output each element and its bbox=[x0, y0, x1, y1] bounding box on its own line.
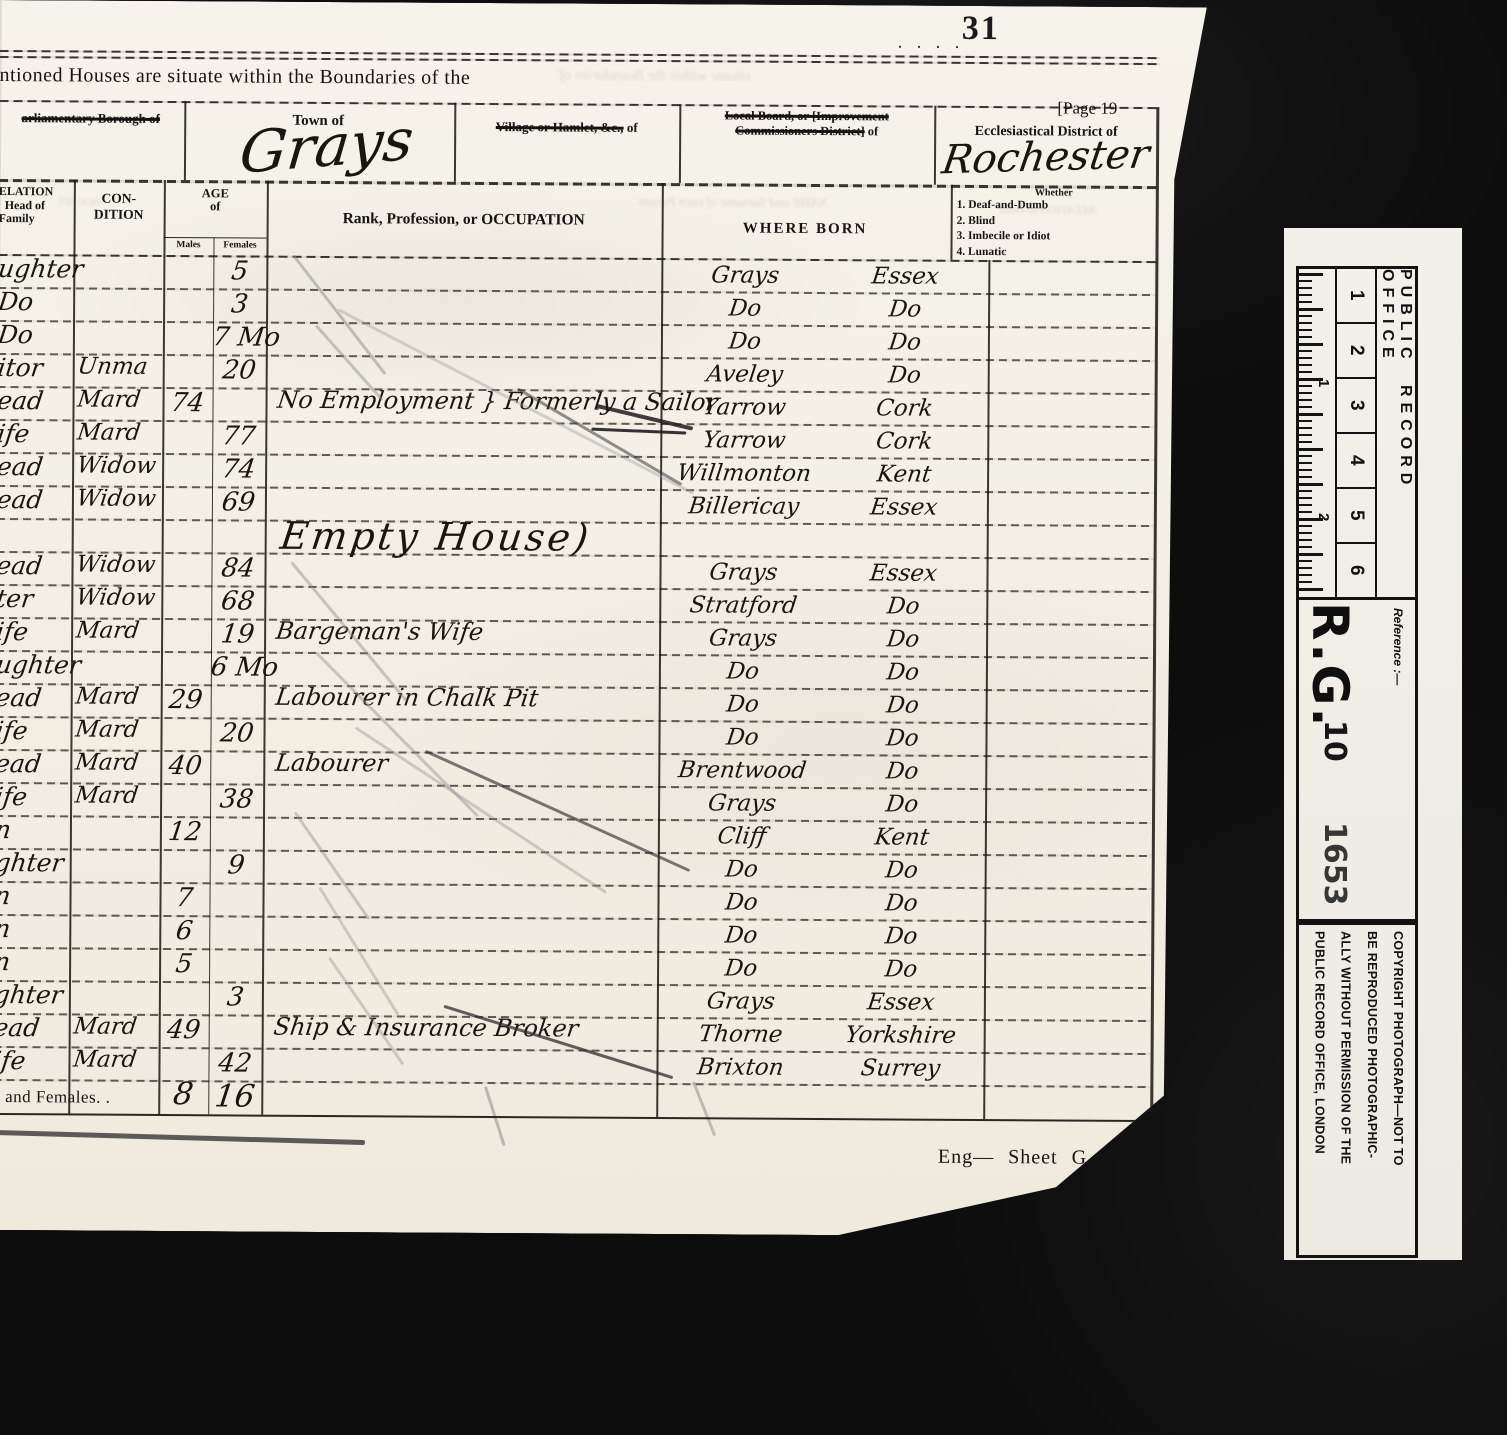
birthcounty-cell: Do bbox=[822, 329, 987, 356]
condition-cell: Mard bbox=[72, 1046, 160, 1072]
birthcounty-cell: Yorkshire bbox=[818, 1022, 983, 1049]
age-females-cell: 3 bbox=[207, 982, 264, 1012]
birthcounty-cell: Do bbox=[818, 956, 983, 983]
age-females-cell: 6 Mo bbox=[209, 652, 266, 682]
ruler-box: 1 2 1 2 3 4 5 6 PUBLIC RECORD OFFICE bbox=[1296, 266, 1418, 600]
relation-cell: Do bbox=[0, 320, 74, 349]
age-males-cell: 6 bbox=[157, 916, 211, 946]
birthplace-cell: Do bbox=[659, 889, 824, 916]
age-males-cell: 12 bbox=[158, 817, 212, 847]
reference-series-letters: R.G. bbox=[1301, 602, 1359, 728]
age-females-cell: 20 bbox=[209, 718, 266, 748]
birthcounty-cell: Do bbox=[822, 296, 987, 323]
birthcounty-cell: Do bbox=[819, 890, 984, 917]
relation-cell: ife bbox=[0, 419, 73, 448]
birthcounty-cell: Do bbox=[822, 362, 987, 389]
birthcounty-cell: Essex bbox=[821, 494, 986, 521]
occupation-cell: Bargeman's Wife bbox=[274, 617, 485, 646]
birthcounty-cell: Cork bbox=[822, 428, 987, 455]
local-board-label: Local Board, or [Improvement Commissione… bbox=[681, 108, 932, 140]
age-females-cell: 69 bbox=[210, 487, 267, 517]
scale-number: 4 bbox=[1345, 455, 1367, 466]
occupation-header: Rank, Profession, or OCCUPATION bbox=[269, 210, 659, 230]
boundary-statement: ntioned Houses are situate within the Bo… bbox=[0, 64, 470, 90]
pencil-stroke bbox=[0, 1130, 365, 1145]
condition-cell: Mard bbox=[72, 1013, 160, 1039]
age-header: AGE of bbox=[164, 187, 267, 214]
birthcounty-cell: Do bbox=[820, 659, 985, 686]
age-females-cell: 19 bbox=[209, 619, 266, 649]
birthplace-cell: Aveley bbox=[662, 361, 827, 388]
age-males-cell: 29 bbox=[159, 685, 213, 715]
birthplace-cell: Yarrow bbox=[662, 427, 827, 454]
relation-cell: ife bbox=[0, 617, 72, 646]
condition-cell: Mard bbox=[74, 749, 162, 775]
birthplace-cell: Do bbox=[662, 295, 827, 322]
scale-number: 3 bbox=[1345, 400, 1367, 411]
copyright-line: BE REPRODUCED PHOTOGRAPHIC- bbox=[1359, 931, 1385, 1249]
age-males-cell: 74 bbox=[161, 388, 215, 418]
birthplace-cell: Do bbox=[658, 955, 823, 982]
age-males-header: Males bbox=[163, 240, 213, 250]
birthplace-cell: Do bbox=[659, 922, 824, 949]
birthplace-cell: Billericay bbox=[661, 493, 826, 520]
relation-cell: ughter bbox=[0, 650, 72, 679]
birthplace-cell: Brixton bbox=[658, 1054, 823, 1081]
totals-label: s and Females. . bbox=[0, 1087, 110, 1108]
birthplace-cell: Grays bbox=[660, 625, 825, 652]
village-hamlet-label: Village or Hamlet, &c., of bbox=[456, 119, 677, 135]
where-born-header: WHERE BORN bbox=[662, 220, 949, 239]
age-females-header: Females bbox=[213, 240, 266, 250]
birthplace-cell: Willmonton bbox=[661, 460, 826, 487]
birthcounty-cell: Essex bbox=[823, 263, 988, 290]
birthcounty-cell: Essex bbox=[818, 989, 983, 1016]
birthcounty-cell: Do bbox=[819, 923, 984, 950]
scale-number: 2 bbox=[1345, 345, 1367, 356]
reference-label: Reference :— bbox=[1391, 608, 1405, 685]
birthplace-cell: Grays bbox=[659, 790, 824, 817]
bleed-through-text: HOUSES bbox=[59, 196, 101, 208]
relation-cell: n bbox=[0, 881, 70, 910]
census-page: . . . . 31 ntioned Houses are situate wi… bbox=[0, 0, 1208, 1237]
relation-cell: ead bbox=[0, 551, 72, 580]
film-reference-strip: 1 2 1 2 3 4 5 6 PUBLIC RECORD OFFICE Ref… bbox=[1284, 228, 1462, 1260]
condition-cell: Mard bbox=[73, 782, 161, 808]
age-males-cell: 7 bbox=[158, 883, 212, 913]
occupation-cell: Ship & Insurance Broker bbox=[272, 1013, 580, 1043]
scale-numbers: 1 2 3 4 5 6 bbox=[1337, 269, 1377, 597]
ruler-number: 2 bbox=[1315, 513, 1332, 521]
stamp-dots: . . . . bbox=[898, 31, 965, 52]
town-value-handwriting: Grays bbox=[237, 105, 417, 187]
age-males-cell: 40 bbox=[158, 751, 212, 781]
relation-cell: Do bbox=[0, 287, 74, 316]
relation-cell: ife bbox=[0, 782, 71, 811]
birthplace-cell: Do bbox=[660, 724, 825, 751]
age-females-cell: 9 bbox=[208, 850, 265, 880]
relation-cell: ead bbox=[0, 1013, 70, 1042]
occupation-cell: Labourer in Chalk Pit bbox=[274, 683, 540, 713]
relation-cell: n bbox=[0, 947, 70, 976]
condition-cell: Mard bbox=[76, 386, 164, 412]
birthcounty-cell: Do bbox=[821, 593, 986, 620]
reference-series-number: 10 bbox=[1317, 720, 1352, 762]
relation-cell: ife bbox=[0, 1046, 69, 1075]
occupation-cell: Labourer bbox=[274, 749, 390, 778]
birthcounty-cell: Do bbox=[819, 791, 984, 818]
age-females-cell: 74 bbox=[210, 454, 267, 484]
microfilm-frame: . . . . 31 ntioned Houses are situate wi… bbox=[0, 0, 1507, 1435]
birthplace-cell: Yarrow bbox=[662, 394, 827, 421]
page-crease bbox=[0, 0, 2, 290]
scale-number: 5 bbox=[1345, 510, 1367, 521]
relation-cell: ead bbox=[0, 683, 72, 712]
relation-cell: n bbox=[0, 815, 71, 844]
birthcounty-cell: Do bbox=[820, 692, 985, 719]
relation-cell: ead bbox=[0, 749, 71, 778]
relation-cell: ghter bbox=[0, 980, 70, 1009]
condition-cell: Widow bbox=[75, 584, 163, 610]
birthplace-cell: Brentwood bbox=[660, 757, 825, 784]
ruler-number: 1 bbox=[1315, 379, 1332, 387]
birthplace-cell: Do bbox=[660, 691, 825, 718]
birthplace-cell: Grays bbox=[663, 262, 828, 289]
scale-number: 1 bbox=[1345, 290, 1367, 301]
birthplace-cell: Cliff bbox=[659, 823, 824, 850]
condition-cell: Widow bbox=[75, 452, 163, 478]
birthcounty-cell: Cork bbox=[822, 395, 987, 422]
copyright-box: COPYRIGHT PHOTOGRAPH—NOT TO BE REPRODUCE… bbox=[1296, 922, 1418, 1258]
relation-cell: ife bbox=[0, 716, 71, 745]
age-females-cell: 42 bbox=[207, 1048, 264, 1078]
reference-piece-number: 1653 bbox=[1317, 822, 1352, 906]
relation-cell: ead bbox=[0, 386, 73, 415]
age-females-cell: 68 bbox=[209, 586, 266, 616]
age-males-cell: 5 bbox=[157, 949, 211, 979]
age-males-cell: 49 bbox=[157, 1015, 211, 1045]
bleed-through-text: NAME and Surname of each Person bbox=[639, 194, 828, 211]
reference-box: Reference :— R.G. 10 1653 bbox=[1296, 600, 1418, 922]
copyright-line: PUBLIC RECORD OFFICE, LONDON bbox=[1306, 931, 1332, 1249]
scale-number: 6 bbox=[1345, 565, 1367, 576]
age-females-cell: 3 bbox=[211, 289, 268, 319]
relation-cell: ughter bbox=[0, 254, 74, 283]
condition-cell: Widow bbox=[75, 485, 163, 511]
birthplace-cell: Grays bbox=[658, 988, 823, 1015]
bleed-through-text: RELATION to Head bbox=[999, 202, 1096, 218]
birthcounty-cell: Surrey bbox=[818, 1055, 983, 1082]
relation-cell: ter bbox=[0, 584, 72, 613]
copyright-line: ALLY WITHOUT PERMISSION OF THE bbox=[1332, 931, 1358, 1249]
age-females-cell: 20 bbox=[211, 355, 268, 385]
page-number-stamp: 31 bbox=[962, 10, 1000, 48]
birthplace-cell: Thorne bbox=[658, 1021, 823, 1048]
age-females-cell: 77 bbox=[210, 421, 267, 451]
sheet-footer: Eng— Sheet G. bbox=[938, 1146, 1093, 1170]
bleed-through-text: situate within the Boundaries of bbox=[559, 67, 751, 85]
copyright-line: COPYRIGHT PHOTOGRAPH—NOT TO bbox=[1385, 931, 1411, 1249]
condition-cell: Mard bbox=[74, 683, 162, 709]
birthplace-cell: Do bbox=[662, 328, 827, 355]
relation-cell: itor bbox=[0, 353, 74, 382]
totals-females: 16 bbox=[206, 1078, 264, 1114]
condition-cell: Mard bbox=[74, 716, 162, 742]
relation-cell: ghter bbox=[0, 848, 71, 877]
totals-males: 8 bbox=[156, 1076, 211, 1112]
birthplace-cell: Do bbox=[660, 658, 825, 685]
birthcounty-cell: Do bbox=[820, 725, 985, 752]
birthcounty-cell: Kent bbox=[821, 461, 986, 488]
birthcounty-cell: Do bbox=[819, 857, 984, 884]
condition-cell: Widow bbox=[75, 551, 163, 577]
ruler-major-ticks bbox=[1299, 273, 1323, 593]
birthplace-cell: Grays bbox=[661, 559, 826, 586]
ecclesiastical-value-handwriting: Rochester bbox=[939, 131, 1152, 183]
relation-cell: ead bbox=[0, 485, 73, 514]
parliamentary-borough-label: arliamentary Borough of bbox=[0, 110, 182, 126]
relation-cell: n bbox=[0, 914, 70, 943]
age-females-cell: 84 bbox=[210, 553, 267, 583]
condition-cell: Unma bbox=[76, 353, 164, 379]
condition-cell: Mard bbox=[74, 617, 162, 643]
birthcounty-cell: Kent bbox=[819, 824, 984, 851]
public-record-office-label: PUBLIC RECORD OFFICE bbox=[1378, 269, 1414, 597]
ruler-ticks: 1 2 bbox=[1299, 269, 1337, 597]
birthcounty-cell: Do bbox=[820, 626, 985, 653]
birthcounty-cell: Essex bbox=[821, 560, 986, 587]
condition-cell: Mard bbox=[76, 419, 164, 445]
birthcounty-cell: Do bbox=[820, 758, 985, 785]
relation-cell: ead bbox=[0, 452, 73, 481]
birthplace-cell: Stratford bbox=[661, 592, 826, 619]
column-line bbox=[950, 185, 952, 260]
age-females-cell: 7 Mo bbox=[211, 322, 268, 352]
page-label: [Page 19 bbox=[1057, 98, 1117, 118]
age-females-cell: 38 bbox=[208, 784, 265, 814]
age-females-cell: 5 bbox=[211, 256, 268, 286]
